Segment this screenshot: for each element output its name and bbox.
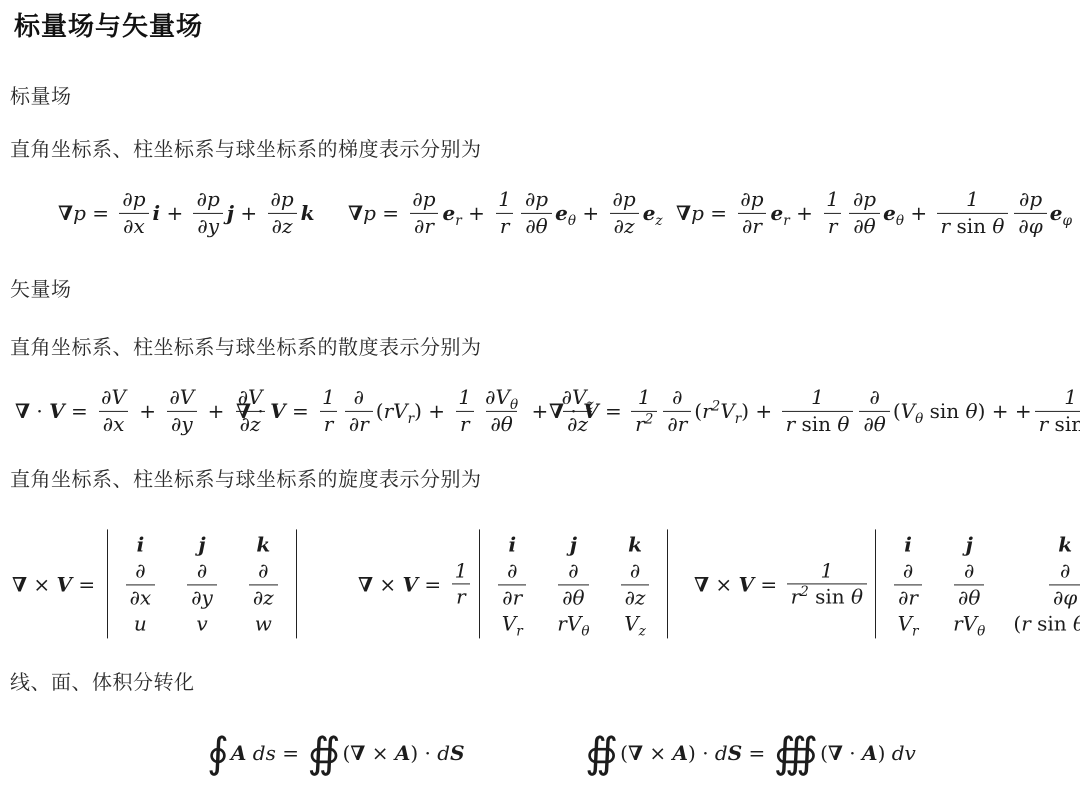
math-text: ∂θ (490, 412, 512, 436)
math-text: ∂φ (1053, 585, 1077, 609)
math-matrix-cell: w (233, 611, 294, 637)
math-matrix-cell: rVθ (938, 611, 1000, 637)
math-text: ∇ (348, 201, 363, 225)
math-text: ∂ (672, 385, 682, 409)
math-text: ∂ (903, 558, 913, 582)
math-text: sin (1048, 412, 1080, 436)
math-fraction: 1r (494, 188, 515, 238)
math-text: ∂p (1019, 187, 1042, 211)
math-text: ∂z (614, 214, 635, 238)
math-text: Vθ (963, 612, 986, 636)
math-text: ∇ (549, 399, 564, 423)
math-matrix-cell: j (542, 531, 604, 557)
math-denominator: r (456, 411, 474, 437)
math-text: = (72, 572, 101, 596)
math-text: er (443, 201, 462, 225)
math-text: Vθ (567, 612, 590, 636)
math-text: = (276, 741, 305, 765)
math-numerator: ∂ (626, 559, 644, 584)
math-fraction: ∂p∂x (118, 188, 149, 238)
math-text: ∂r (898, 585, 918, 609)
math-text: sin (1031, 612, 1073, 636)
math-text: ) (414, 399, 422, 423)
math-text: = (286, 399, 315, 423)
math-text: ∂x (103, 412, 125, 436)
math-text: × (373, 572, 402, 596)
math-numerator: ∂ (193, 559, 211, 584)
math-text: ∂r (667, 412, 687, 436)
math-matrix-cell: ∂∂z (233, 557, 294, 610)
math-text: Vr (898, 612, 919, 636)
math-text: p (363, 201, 376, 225)
math-text: Vθ (496, 385, 519, 409)
math-text: V (583, 399, 599, 423)
math-text: r (786, 412, 796, 436)
math-text: 1 (826, 187, 839, 211)
math-text: eθ (883, 201, 904, 225)
math-text: ∂V (101, 385, 126, 409)
math-text: = (65, 399, 94, 423)
math-text: r (828, 214, 838, 238)
math-determinant: ijk∂∂r∂∂θ∂∂zVrrVθVz (479, 529, 668, 638)
math-text: r (1039, 412, 1049, 436)
math-text: ∇ (694, 572, 709, 596)
math-matrix-row: ∂∂r∂∂θ∂∂z (482, 557, 665, 610)
math-text: ( (620, 741, 628, 765)
math-text: θ (1073, 612, 1080, 636)
math-text: ∂p (853, 187, 876, 211)
math-matrix-cell: ∂∂r (482, 557, 542, 610)
math-denominator: r2 (631, 411, 657, 437)
math-matrix-cell: Vr (482, 611, 542, 637)
math-text: d (437, 741, 450, 765)
math-text: ) (978, 399, 986, 423)
formula-gradient-spherical: ∇p = ∂p∂rer + 1r∂p∂θeθ + 1r sin θ∂p∂φeφ (676, 188, 1072, 238)
math-text: ( (694, 399, 702, 423)
math-text: k (628, 532, 642, 556)
math-fraction: ∂V∂x (97, 386, 130, 436)
math-text: 1 (820, 558, 833, 582)
math-denominator: ∂θ (859, 411, 889, 437)
math-text: 1 (811, 385, 824, 409)
math-denominator: ∂r (663, 411, 691, 437)
math-text: ∂z (625, 585, 646, 609)
math-text: + (133, 399, 162, 423)
math-matrix-cell: k (233, 531, 294, 557)
math-text: ∂x (123, 214, 145, 238)
math-matrix-cell: ∂∂r (878, 557, 938, 610)
math-text: r (500, 214, 510, 238)
math-text: ) (410, 741, 418, 765)
math-text: Vr (502, 612, 523, 636)
math-numerator: 1 (318, 386, 339, 411)
math-text: r (953, 612, 963, 636)
math-text: V (403, 572, 419, 596)
math-text: ∂ (354, 385, 364, 409)
math-denominator: ∂z (621, 584, 650, 610)
math-matrix-row: ∂∂r∂∂θ∂∂φ (878, 557, 1080, 610)
math-text: θ (992, 214, 1004, 238)
math-text: 1 (322, 385, 335, 409)
math-text: ez (643, 201, 663, 225)
math-matrix-row: ijk (878, 531, 1080, 557)
math-text: A (673, 741, 689, 765)
math-numerator: ∂p (1015, 188, 1046, 213)
gradient-formula-row: ∇p = ∂p∂xi + ∂p∂yj + ∂p∂zk ∇p = ∂p∂rer +… (0, 182, 1080, 244)
math-fraction: ∂p∂θ (849, 188, 880, 238)
math-subscript: θ (568, 213, 576, 229)
math-text: V (270, 399, 286, 423)
math-text: 1 (1064, 385, 1077, 409)
math-matrix-cell: i (878, 531, 938, 557)
math-text: · (30, 399, 49, 423)
math-subscript: θ (915, 411, 923, 427)
math-denominator: ∂y (187, 584, 217, 610)
math-fraction: 1r (454, 386, 475, 436)
math-matrix: ijk∂∂r∂∂θ∂∂zVrrVθVz (482, 531, 665, 636)
math-text: ∂θ (562, 585, 584, 609)
math-fraction: ∂∂x (126, 559, 156, 609)
math-text: Vr (720, 399, 741, 423)
divergence-intro-text: 直角坐标系、柱坐标系与球坐标系的散度表示分别为 (10, 331, 482, 360)
math-text: ∇ (628, 741, 643, 765)
math-text: + + (985, 399, 1031, 423)
math-text: ∂ (964, 558, 974, 582)
math-text: = (418, 572, 447, 596)
math-numerator: ∂ (254, 559, 272, 584)
math-text: + (462, 201, 491, 225)
math-matrix-cell: ∂∂φ (1000, 557, 1080, 610)
math-text: ∂ (197, 558, 207, 582)
math-text: ∂z (272, 214, 293, 238)
formula-divergence-theorem: ∯(∇ × A) · dS = ∰(∇ · A) dv (583, 732, 916, 774)
math-matrix-row: ijk (482, 531, 665, 557)
math-fraction: ∂p∂θ (521, 188, 552, 238)
math-fraction: ∂∂z (249, 559, 278, 609)
math-matrix-cell: j (171, 531, 233, 557)
math-matrix: ijk∂∂r∂∂θ∂∂φVrrVθ(r sin θ)Vφ (878, 531, 1080, 636)
heading-integral-conversion: 线、面、体积分转化 (10, 666, 195, 695)
math-denominator: ∂θ (954, 584, 984, 610)
math-fraction: ∂∂r (345, 386, 373, 436)
math-fraction: 1r2 (631, 386, 657, 436)
math-numerator: 1 (962, 188, 983, 213)
math-fraction: 1r (451, 559, 472, 609)
math-denominator: r (824, 213, 842, 239)
math-text: × (643, 741, 672, 765)
math-text: θ (837, 412, 849, 436)
math-text: i (508, 532, 516, 556)
math-matrix: ijk∂∂x∂∂y∂∂zuvw (110, 531, 294, 636)
document: 标量场与矢量场 标量场 直角坐标系、柱坐标系与球坐标系的梯度表示分别为 ∇p =… (0, 0, 1080, 799)
math-text: ∂z (253, 585, 274, 609)
math-fraction: ∂∂φ (1049, 559, 1080, 609)
math-numerator: 1 (822, 188, 843, 213)
math-subscript: θ (581, 624, 589, 640)
math-text: 1 (638, 385, 651, 409)
math-numerator: ∂p (736, 188, 767, 213)
math-text: × (709, 572, 738, 596)
math-matrix-row: ijk (110, 531, 294, 557)
math-text: ∂ (135, 558, 145, 582)
math-matrix-cell: v (171, 611, 233, 637)
math-text: ∂ (568, 558, 578, 582)
math-text: r (460, 412, 470, 436)
math-fraction: ∂∂z (621, 559, 650, 609)
math-text: eθ (555, 201, 576, 225)
math-big-operator: ∯ (307, 732, 340, 774)
math-subscript: r (912, 624, 919, 640)
math-denominator: ∂y (193, 213, 223, 239)
math-text: ∂ (1060, 558, 1070, 582)
math-text: ∂p (271, 187, 294, 211)
math-text: ∂p (197, 187, 220, 211)
math-denominator: ∂z (610, 213, 639, 239)
math-denominator: ∂x (119, 213, 149, 239)
math-fraction: 1r (318, 386, 339, 436)
math-denominator: r (320, 411, 338, 437)
math-numerator: ∂ (503, 559, 521, 584)
math-text: ∂y (191, 585, 213, 609)
math-fraction: ∂p∂φ (1014, 188, 1046, 238)
curl-intro-text: 直角坐标系、柱坐标系与球坐标系的旋度表示分别为 (10, 463, 482, 492)
math-text: · (418, 741, 437, 765)
math-text: ( (342, 741, 350, 765)
math-text: ∇ (12, 572, 27, 596)
math-text: A (231, 741, 247, 765)
math-text: sin (923, 399, 965, 423)
math-text: ∂θ (958, 585, 980, 609)
math-numerator: ∂p (609, 188, 640, 213)
math-numerator: 1 (451, 559, 472, 584)
math-matrix-cell: ∂∂z (605, 557, 666, 610)
math-text: V (57, 572, 73, 596)
math-text: ∇ (358, 572, 373, 596)
math-fraction: ∂∂y (187, 559, 217, 609)
math-text: d (715, 741, 728, 765)
math-denominator: ∂r (498, 584, 526, 610)
math-text: r (941, 214, 951, 238)
math-numerator: ∂ (865, 386, 883, 411)
math-text: V (739, 572, 755, 596)
math-text: ∇ (15, 399, 30, 423)
math-text: + (576, 201, 605, 225)
math-text: ∂r (502, 585, 522, 609)
math-matrix-cell: ∂∂θ (938, 557, 1000, 610)
math-text: ∂V (169, 385, 194, 409)
math-text: = (742, 741, 771, 765)
math-numerator: ∂ (564, 559, 582, 584)
math-denominator: ∂θ (849, 213, 879, 239)
math-text: ∇ (350, 741, 365, 765)
math-denominator: ∂r (345, 411, 373, 437)
math-big-operator: ∮ (207, 732, 229, 774)
math-numerator: ∂ (960, 559, 978, 584)
math-fraction: 1r (822, 188, 843, 238)
math-text: p (691, 201, 704, 225)
math-text: ∂p (613, 187, 636, 211)
math-text: r (384, 399, 394, 423)
math-text: · (843, 741, 862, 765)
math-denominator: r sin θ (1035, 411, 1080, 437)
heading-scalar-field: 标量场 (10, 80, 72, 109)
math-text: d (885, 741, 904, 765)
math-text: Vθ (901, 399, 924, 423)
math-numerator: ∂p (408, 188, 439, 213)
math-numerator: ∂Vθ (481, 386, 522, 411)
math-text: ∂ (258, 558, 268, 582)
math-fraction: 1r sin θ (937, 188, 1009, 238)
math-matrix-cell: (r sin θ)Vφ (1000, 611, 1080, 637)
math-matrix-cell: ∂∂θ (542, 557, 604, 610)
math-text: = (704, 201, 733, 225)
math-text: sin (950, 214, 992, 238)
math-text: u (134, 612, 147, 636)
math-numerator: ∂p (118, 188, 149, 213)
math-text: ∇ (828, 741, 843, 765)
divergence-formula-row: ∇ · V = ∂V∂x + ∂V∂y + ∂V∂z ∇ · V = 1r∂∂r… (0, 374, 1080, 448)
math-text: ∂θ (863, 412, 885, 436)
math-text: ∂θ (853, 214, 875, 238)
math-subscript: r (516, 624, 523, 640)
math-fraction: ∂∂θ (859, 386, 889, 436)
math-numerator: ∂p (193, 188, 224, 213)
math-text: ∂ (485, 385, 495, 409)
math-matrix-cell: k (1000, 531, 1080, 557)
math-denominator: r sin θ (782, 411, 854, 437)
math-text: ∂r (349, 412, 369, 436)
math-fraction: ∂∂θ (954, 559, 984, 609)
math-matrix-row: uvw (110, 611, 294, 637)
math-text: ∂p (412, 187, 435, 211)
math-text: ∂ (869, 385, 879, 409)
math-text: r (456, 585, 466, 609)
math-matrix-cell: Vz (605, 611, 666, 637)
math-text: r (1021, 612, 1031, 636)
math-text: k (256, 532, 270, 556)
math-text: + (904, 201, 933, 225)
integral-formula-row: ∮A ds = ∯(∇ × A) · dS ∯(∇ × A) · dS = ∰(… (0, 722, 1080, 784)
math-fraction: ∂p∂z (267, 188, 298, 238)
math-denominator: ∂φ (1049, 584, 1080, 610)
formula-curl-cylindrical: ∇ × V = 1rijk∂∂r∂∂θ∂∂zVrrVθVz (358, 529, 668, 638)
math-text: = (86, 201, 115, 225)
math-denominator: ∂r (894, 584, 922, 610)
math-matrix-cell: i (482, 531, 542, 557)
math-fraction: 1r2 sin θ (787, 559, 868, 609)
math-text: w (255, 612, 272, 636)
math-text: eφ (1050, 201, 1072, 225)
formula-divergence-cylindrical: ∇ · V = 1r∂∂r(rVr) + 1r∂Vθ∂θ + ∂Vz∂z (236, 386, 601, 436)
math-fraction: ∂∂r (498, 559, 526, 609)
math-text: ) (741, 399, 749, 423)
math-text: v (196, 612, 207, 636)
math-fraction: ∂∂r (894, 559, 922, 609)
math-determinant: ijk∂∂r∂∂θ∂∂φVrrVθ(r sin θ)Vφ (875, 529, 1080, 638)
math-denominator: ∂z (268, 213, 297, 239)
math-text: × (27, 572, 56, 596)
math-text: θ (851, 585, 863, 609)
math-text: j (198, 532, 205, 556)
math-text: k (301, 201, 315, 225)
math-subscript: θ (977, 624, 985, 640)
gradient-intro-text: 直角坐标系、柱坐标系与球坐标系的梯度表示分别为 (10, 133, 482, 162)
math-fraction: ∂V∂y (165, 386, 198, 436)
math-text: + (160, 201, 189, 225)
math-text: 1 (498, 187, 511, 211)
math-text: p (73, 201, 86, 225)
math-numerator: ∂p (849, 188, 880, 213)
math-fraction: 1r sin θ (782, 386, 854, 436)
math-text: ∂x (130, 585, 152, 609)
math-fraction: ∂p∂r (408, 188, 439, 238)
math-text: + (422, 399, 451, 423)
math-denominator: ∂y (167, 411, 197, 437)
math-matrix-cell: ∂∂x (110, 557, 172, 610)
math-text: v (905, 741, 916, 765)
math-text: ∂φ (1018, 214, 1042, 238)
math-matrix-cell: k (605, 531, 666, 557)
math-superscript: 2 (645, 411, 654, 427)
math-text: ∂y (197, 214, 219, 238)
math-numerator: 1 (454, 386, 475, 411)
math-numerator: ∂ (899, 559, 917, 584)
formula-curl-cartesian: ∇ × V = ijk∂∂x∂∂y∂∂zuvw (12, 529, 297, 638)
math-numerator: 1 (807, 386, 828, 411)
math-text: = (376, 201, 405, 225)
math-text: S (728, 741, 742, 765)
math-text: j (227, 201, 234, 225)
math-fraction: ∂p∂z (609, 188, 640, 238)
math-text: + (201, 399, 230, 423)
math-text: · (251, 399, 270, 423)
math-numerator: 1 (634, 386, 655, 411)
math-matrix-row: VrrVθ(r sin θ)Vφ (878, 611, 1080, 637)
math-denominator: ∂r (738, 213, 766, 239)
math-text: r2 (702, 399, 720, 423)
math-matrix-cell: ∂∂y (171, 557, 233, 610)
formula-gradient-cartesian: ∇p = ∂p∂xi + ∂p∂yj + ∂p∂zk (58, 188, 315, 238)
math-text: k (1058, 532, 1072, 556)
math-big-operator: ∰ (774, 732, 818, 774)
math-text: j (570, 532, 577, 556)
math-text: ∂r (742, 214, 762, 238)
math-denominator: r (452, 584, 470, 610)
math-text: V (49, 399, 65, 423)
math-denominator: r sin θ (937, 213, 1009, 239)
math-text: + (790, 201, 819, 225)
math-text: + (749, 399, 778, 423)
math-fraction: ∂Vθ∂θ (481, 386, 522, 436)
math-text: ∇ (58, 201, 73, 225)
page-title: 标量场与矢量场 (14, 6, 203, 43)
math-numerator: 1 (494, 188, 515, 213)
math-text: ( (820, 741, 828, 765)
math-text: · (696, 741, 715, 765)
formula-gradient-cylindrical: ∇p = ∂p∂rer + 1r∂p∂θeθ + ∂p∂zez (348, 188, 663, 238)
math-fraction: ∂p∂r (736, 188, 767, 238)
math-text: ∇ (236, 399, 251, 423)
math-text: sin (809, 585, 851, 609)
math-text: 1 (455, 558, 468, 582)
math-numerator: ∂ (668, 386, 686, 411)
math-subscript: z (655, 213, 662, 229)
math-text: · (564, 399, 583, 423)
math-text: Vz (624, 612, 646, 636)
math-text: er (771, 201, 790, 225)
math-denominator: ∂r (410, 213, 438, 239)
heading-vector-field: 矢量场 (10, 273, 72, 302)
